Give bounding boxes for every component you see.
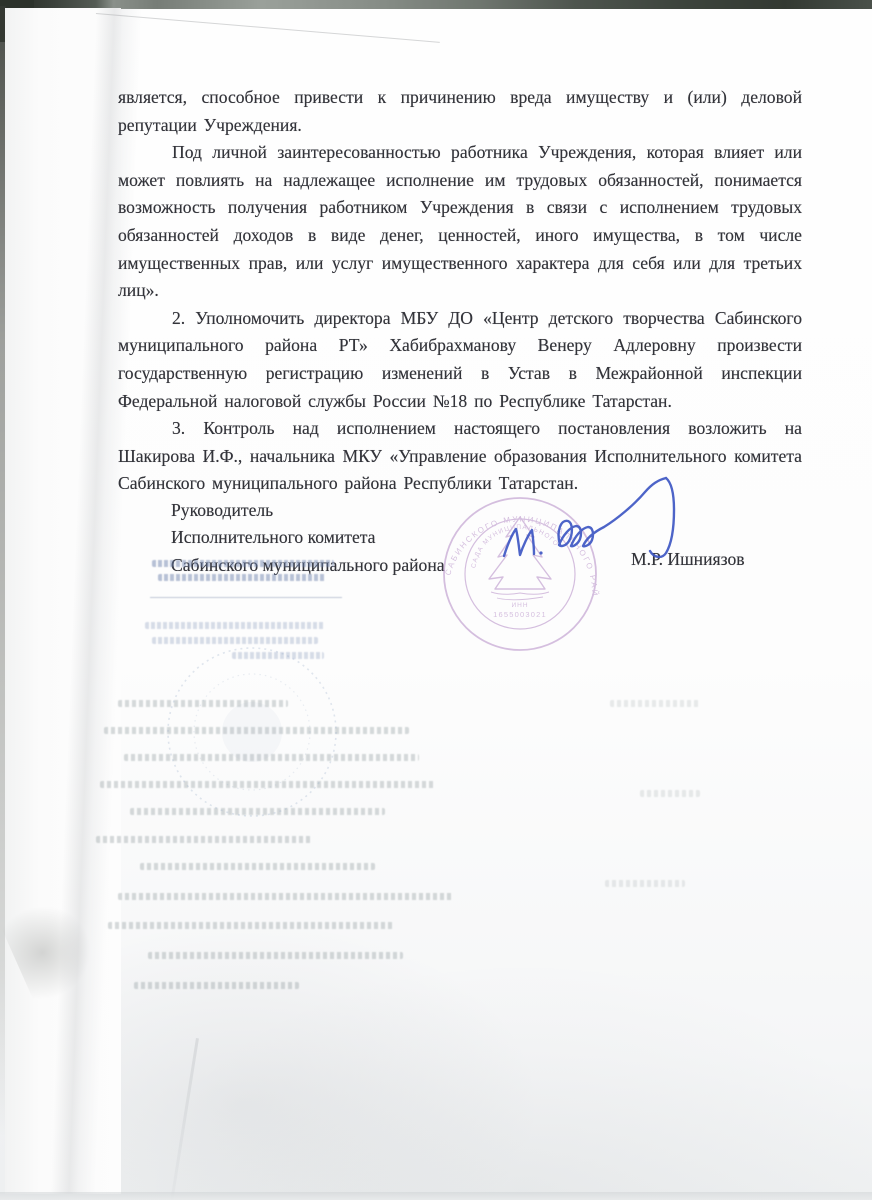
bleed-through-line <box>100 781 435 788</box>
bleed-through-line <box>130 808 385 815</box>
svg-text:САБИНСКОГО МУНИЦИПАЛЬНОГО РАЙО: САБИНСКОГО МУНИЦИПАЛЬНОГО РАЙОНА <box>439 490 599 597</box>
bleed-through-line <box>158 574 326 581</box>
scanner-edge-bottom <box>0 1192 872 1200</box>
bleed-through-line <box>148 952 403 959</box>
bleed-through-line <box>610 700 700 707</box>
paragraph-1: является, способное привести к причинени… <box>118 84 802 139</box>
bleed-through-line <box>140 863 375 870</box>
bleed-through-line <box>118 700 288 707</box>
bleed-through-line <box>605 880 685 887</box>
paragraph-3: 2. Уполномочить директора МБУ ДО «Центр … <box>118 305 802 415</box>
page-crease <box>170 1038 199 1200</box>
stamp-inn-number: 1655003021 <box>493 610 547 619</box>
bleed-through-line <box>108 922 393 929</box>
stamp-inn-label: ИНН <box>511 602 528 609</box>
bleed-through-line <box>232 652 324 659</box>
bleed-through-line <box>124 754 419 761</box>
bleed-through-line <box>96 836 311 843</box>
fir-tree-icon <box>489 517 551 600</box>
svg-text:САДА МУНИЦИПАЛЬНОГО: САДА МУНИЦИПАЛЬНОГО <box>470 524 560 569</box>
bleed-through-line <box>145 622 325 629</box>
official-stamp: САБИНСКОГО МУНИЦИПАЛЬНОГО РАЙОНА САДА МУ… <box>439 490 599 650</box>
bleed-through-line <box>152 637 318 644</box>
signer-title-line: Исполнительного комитета <box>171 524 445 551</box>
stamp-ring-text: САБИНСКОГО МУНИЦИПАЛЬНОГО РАЙОНА <box>439 490 599 597</box>
signer-title-line: Руководитель <box>171 497 445 524</box>
paragraph-4: 3. Контроль над исполнением настоящего п… <box>118 415 802 498</box>
bleed-through-line <box>640 790 700 797</box>
stamp-inner-ring-text: САДА МУНИЦИПАЛЬНОГО <box>470 524 560 569</box>
document-body: является, способное привести к причинени… <box>118 84 802 498</box>
bleed-through-line <box>152 560 334 567</box>
scanned-document-page: является, способное привести к причинени… <box>0 0 872 1200</box>
signer-name: М.Р. Ишниязов <box>631 549 745 570</box>
bleed-through-line <box>134 982 299 989</box>
bleed-through-line <box>150 597 342 598</box>
bleed-through-line <box>104 727 409 734</box>
paragraph-2: Под личной заинтересованностью работника… <box>118 139 802 305</box>
bleed-through-line <box>118 893 453 900</box>
page-top-edge-line <box>93 13 440 79</box>
